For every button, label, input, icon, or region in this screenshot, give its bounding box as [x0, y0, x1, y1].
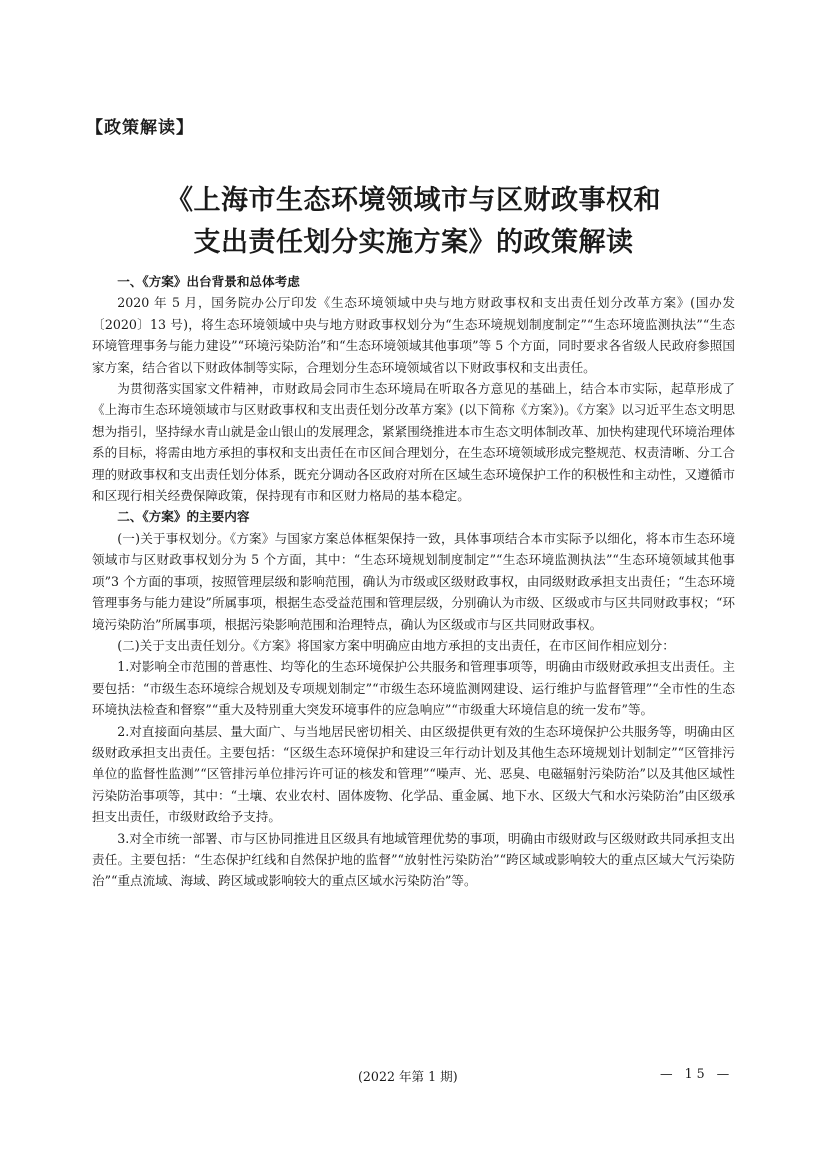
paragraph: 为贯彻落实国家文件精神，市财政局会同市生态环境局在听取各方意见的基础上，结合本市…	[92, 378, 735, 506]
section-tag: 【政策解读】	[86, 113, 194, 138]
paragraph: 1.对影响全市范围的普惠性、均等化的生态环境保护公共服务和管理事项等，明确由市级…	[92, 656, 735, 720]
issue-label: (2022 年第 1 期)	[358, 1066, 458, 1085]
paragraph: (二)关于支出责任划分。《方案》将国家方案中明确应由地方承担的支出责任，在市区间…	[92, 635, 735, 656]
paragraph: 2020 年 5 月，国务院办公厅印发《生态环境领域中央与地方财政事权和支出责任…	[92, 292, 735, 378]
page-number: — 15 —	[660, 1066, 733, 1081]
paragraph: (一)关于事权划分。《方案》与国家方案总体框架保持一致，具体事项结合本市实际予以…	[92, 528, 735, 635]
title-line-1: 《上海市生态环境领域市与区财政事权和	[0, 180, 827, 222]
section-heading-2: 二、《方案》的主要内容	[92, 506, 735, 527]
paragraph: 2.对直接面向基层、量大面广、与当地居民密切相关、由区级提供更有效的生态环境保护…	[92, 721, 735, 828]
title-line-2: 支出责任划分实施方案》的政策解读	[0, 222, 827, 264]
article-body: 一、《方案》出台背景和总体考虑 2020 年 5 月，国务院办公厅印发《生态环境…	[92, 271, 735, 892]
paragraph: 3.对全市统一部署、市与区协同推进且区级具有地域管理优势的事项，明确由市级财政与…	[92, 828, 735, 892]
section-heading-1: 一、《方案》出台背景和总体考虑	[92, 271, 735, 292]
document-title: 《上海市生态环境领域市与区财政事权和 支出责任划分实施方案》的政策解读	[0, 180, 827, 264]
